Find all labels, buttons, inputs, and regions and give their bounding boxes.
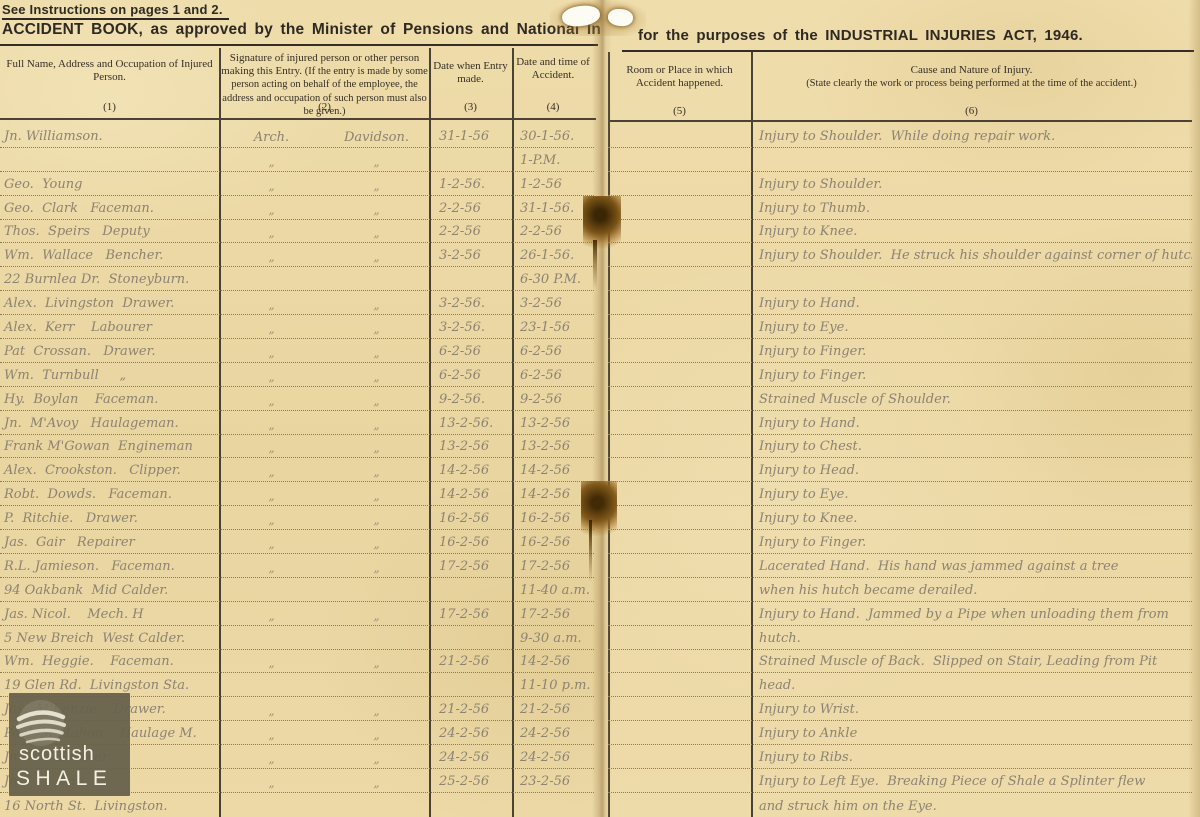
table-row: Injury to Left Eye. Breaking Piece of Sh… bbox=[608, 769, 1192, 793]
name-cell-text: 5 New Breich West Calder. bbox=[4, 631, 185, 646]
table-row: Injury to Knee. bbox=[608, 220, 1192, 244]
injury-cell-text: Injury to Hand. bbox=[759, 296, 860, 311]
entry-date-cell bbox=[429, 599, 512, 601]
name-cell-text: 22 Burnlea Dr. Stoneyburn. bbox=[4, 272, 189, 287]
injury-cell: Injury to Finger. bbox=[751, 342, 1192, 362]
name-cell: Wm. Wallace Bencher. bbox=[0, 246, 219, 266]
entry-date-cell: 24-2-56 bbox=[429, 724, 512, 744]
column-number-1: (1) bbox=[0, 101, 219, 113]
signature-mark: „ bbox=[324, 394, 429, 408]
place-cell bbox=[608, 790, 751, 792]
title-rule-left bbox=[0, 44, 598, 46]
name-cell: Alex. Crookston. Clipper. bbox=[0, 461, 219, 481]
signature-mark: „ bbox=[324, 226, 429, 240]
signature-mark: „ bbox=[219, 609, 324, 623]
name-cell-text: Thos. Speirs Deputy bbox=[4, 224, 150, 239]
accident-date-cell-text: 6-2-56 bbox=[520, 368, 562, 383]
signature-cell: „„ bbox=[219, 370, 429, 386]
table-row: Injury to Hand. bbox=[608, 291, 1192, 315]
injury-cell-text: Injury to Finger. bbox=[759, 368, 866, 383]
right-table-body: Injury to Shoulder. While doing repair w… bbox=[608, 124, 1192, 817]
signature-mark: „ bbox=[219, 728, 324, 742]
injury-cell-text: Injury to Shoulder. bbox=[759, 177, 882, 192]
signature-cell: „„ bbox=[219, 226, 429, 242]
torn-hole bbox=[607, 8, 633, 27]
accident-date-cell: 31-1-56. bbox=[512, 199, 594, 219]
accident-book-scan: See Instructions on pages 1 and 2. ACCID… bbox=[0, 0, 1200, 817]
entry-date-cell: 6-2-56 bbox=[429, 366, 512, 386]
entry-date-cell-text: 13-2-56 bbox=[439, 439, 489, 454]
name-cell-text: Wm. Turnbull „ bbox=[4, 368, 126, 383]
entry-date-cell-text: 3-2-56. bbox=[439, 296, 485, 311]
place-cell bbox=[608, 623, 751, 625]
signature-cell: „„ bbox=[219, 394, 429, 410]
table-row: Jas. Nicol. Mech. H„„17-2-5617-2-56 bbox=[0, 602, 594, 626]
injury-cell-text: Injury to Finger. bbox=[759, 344, 866, 359]
injury-cell: hutch. bbox=[751, 629, 1192, 649]
entry-date-cell bbox=[429, 169, 512, 171]
place-cell bbox=[608, 432, 751, 434]
entry-date-cell: 2-2-56 bbox=[429, 222, 512, 242]
place-cell bbox=[608, 384, 751, 386]
injury-cell-text: Lacerated Hand. His hand was jammed agai… bbox=[759, 559, 1118, 574]
ink-stain-streak bbox=[589, 520, 592, 582]
signature-mark: „ bbox=[324, 418, 429, 432]
entry-date-cell bbox=[429, 647, 512, 649]
name-cell: Jas. Gair Repairer bbox=[0, 533, 219, 553]
accident-date-cell: 24-2-56 bbox=[512, 748, 594, 768]
accident-date-cell: 3-2-56 bbox=[512, 294, 594, 314]
watermark-text-shale: SHALE bbox=[16, 767, 112, 791]
name-cell-text: Alex. Crookston. Clipper. bbox=[4, 463, 181, 478]
signature-mark: „ bbox=[324, 752, 429, 766]
name-cell: Jn. M'Avoy Haulageman. bbox=[0, 414, 219, 434]
name-cell-text: Geo. Young bbox=[4, 177, 82, 192]
torn-hole bbox=[561, 4, 601, 28]
entry-date-cell: 25-2-56 bbox=[429, 772, 512, 792]
injury-cell-text: Strained Muscle of Shoulder. bbox=[759, 392, 951, 407]
entry-date-cell-text: 6-2-56 bbox=[439, 368, 481, 383]
table-row: Alex. Crookston. Clipper.„„14-2-5614-2-5… bbox=[0, 458, 594, 482]
table-row: Injury to Wrist. bbox=[608, 697, 1192, 721]
name-cell: Jas. Nicol. Mech. H bbox=[0, 605, 219, 625]
entry-date-cell-text: 24-2-56 bbox=[439, 750, 489, 765]
name-cell: Hy. Boylan Faceman. bbox=[0, 390, 219, 410]
place-cell bbox=[608, 527, 751, 529]
entry-date-cell-text: 21-2-56 bbox=[439, 702, 489, 717]
name-cell: Wm. Turnbull „ bbox=[0, 366, 219, 386]
entry-date-cell: 13-2-56. bbox=[429, 414, 512, 434]
accident-date-cell: 1-P.M. bbox=[512, 151, 594, 171]
table-row: Injury to Eye. bbox=[608, 482, 1192, 506]
table-row: Injury to Finger. bbox=[608, 530, 1192, 554]
table-row: Injury to Ankle bbox=[608, 721, 1192, 745]
table-row: when his hutch became derailed. bbox=[608, 578, 1192, 602]
entry-date-cell-text: 16-2-56 bbox=[439, 511, 489, 526]
accident-date-cell-text: 6-30 P.M. bbox=[520, 272, 581, 287]
table-row: Alex. Kerr Labourer„„3-2-56.23-1-56 bbox=[0, 315, 594, 339]
injury-cell-text: Injury to Shoulder. While doing repair w… bbox=[759, 129, 1055, 144]
accident-date-cell-text: 21-2-56 bbox=[520, 702, 570, 717]
name-cell: Wm. Heggie. Faceman. bbox=[0, 652, 219, 672]
name-cell: Alex. Kerr Labourer bbox=[0, 318, 219, 338]
injury-cell-text: Strained Muscle of Back. Slipped on Stai… bbox=[759, 654, 1157, 669]
signature-mark: „ bbox=[219, 656, 324, 670]
injury-cell-text: Injury to Eye. bbox=[759, 320, 848, 335]
table-row: Wm. Turnbull „„„6-2-566-2-56 bbox=[0, 363, 594, 387]
table-row bbox=[608, 148, 1192, 172]
name-cell-text: Wm. Wallace Bencher. bbox=[4, 248, 163, 263]
place-cell bbox=[608, 193, 751, 195]
signature-cell: „„ bbox=[219, 513, 429, 529]
name-cell: P. Ritchie. Drawer. bbox=[0, 509, 219, 529]
table-row: Geo. Young„„1-2-56.1-2-56 bbox=[0, 172, 594, 196]
table-row: Frank M'Gowan Engineman„„13-2-5613-2-56 bbox=[0, 435, 594, 459]
injury-cell: Injury to Hand. bbox=[751, 294, 1192, 314]
accident-date-cell-text: 9-30 a.m. bbox=[520, 631, 582, 646]
name-cell-text: Jn. M'Avoy Haulageman. bbox=[4, 416, 179, 431]
name-cell-text: P. Ritchie. Drawer. bbox=[4, 511, 138, 526]
table-row: 5 New Breich West Calder.9-30 a.m. bbox=[0, 626, 594, 650]
entry-date-cell-text: 25-2-56 bbox=[439, 774, 489, 789]
signature-mark: „ bbox=[219, 226, 324, 240]
signature-mark: „ bbox=[324, 155, 429, 169]
name-cell: Jn. Williamson. bbox=[0, 127, 219, 147]
accident-date-cell: 6-2-56 bbox=[512, 342, 594, 362]
accident-date-cell-text: 31-1-56. bbox=[520, 201, 574, 216]
column-header-6-label: Cause and Nature of Injury. bbox=[911, 64, 1033, 76]
table-row: Jas. Gair Repairer„„16-2-5616-2-56 bbox=[0, 530, 594, 554]
entry-date-cell-text: 1-2-56. bbox=[439, 177, 485, 192]
injury-cell: Injury to Left Eye. Breaking Piece of Sh… bbox=[751, 772, 1192, 792]
table-row: Strained Muscle of Shoulder. bbox=[608, 387, 1192, 411]
table-row: Injury to Knee. bbox=[608, 506, 1192, 530]
signature-mark: „ bbox=[219, 346, 324, 360]
table-row: Alex. Livingston Drawer.„„3-2-56.3-2-56 bbox=[0, 291, 594, 315]
signature-mark: „ bbox=[219, 179, 324, 193]
place-cell bbox=[608, 670, 751, 672]
table-row: Injury to Thumb. bbox=[608, 196, 1192, 220]
shale-watermark: scottish SHALE bbox=[9, 693, 130, 796]
injury-cell-text: Injury to Wrist. bbox=[759, 702, 859, 717]
place-cell bbox=[608, 240, 751, 242]
accident-date-cell: 14-2-56 bbox=[512, 652, 594, 672]
place-cell bbox=[608, 288, 751, 290]
accident-date-cell-text: 16-2-56 bbox=[520, 511, 570, 526]
injury-cell: Lacerated Hand. His hand was jammed agai… bbox=[751, 557, 1192, 577]
injury-cell-text: Injury to Ankle bbox=[759, 726, 857, 741]
injury-cell: head. bbox=[751, 676, 1192, 696]
accident-book-title: ACCIDENT BOOK, as approved by the Minist… bbox=[2, 21, 602, 39]
signature-cell: „„ bbox=[219, 250, 429, 266]
name-cell: R.L. Jamieson. Faceman. bbox=[0, 557, 219, 577]
accident-date-cell: 17-2-56 bbox=[512, 605, 594, 625]
name-cell-text: Jas. Nicol. Mech. H bbox=[4, 607, 144, 622]
name-cell-text: Wm. Heggie. Faceman. bbox=[4, 654, 174, 669]
table-row: Injury to Hand. bbox=[608, 411, 1192, 435]
name-cell-text: Alex. Livingston Drawer. bbox=[4, 296, 174, 311]
injury-cell: Injury to Ankle bbox=[751, 724, 1192, 744]
entry-date-cell-text: 14-2-56 bbox=[439, 487, 489, 502]
signature-mark: Davidson. bbox=[324, 130, 429, 145]
instructions-note: See Instructions on pages 1 and 2. bbox=[2, 2, 229, 20]
signature-mark: „ bbox=[219, 155, 324, 169]
signature-mark: „ bbox=[219, 465, 324, 479]
injury-cell-text: Injury to Left Eye. Breaking Piece of Sh… bbox=[759, 774, 1145, 789]
signature-mark: „ bbox=[324, 203, 429, 217]
accident-date-cell: 24-2-56 bbox=[512, 724, 594, 744]
entry-date-cell: 9-2-56. bbox=[429, 390, 512, 410]
entry-date-cell: 17-2-56 bbox=[429, 605, 512, 625]
injury-cell: Injury to Eye. bbox=[751, 485, 1192, 505]
table-row: Injury to Head. bbox=[608, 458, 1192, 482]
place-cell bbox=[608, 455, 751, 457]
accident-date-cell-text: 14-2-56 bbox=[520, 487, 570, 502]
signature-cell: „„ bbox=[219, 561, 429, 577]
signature-cell: „„ bbox=[219, 465, 429, 481]
signature-mark: „ bbox=[324, 656, 429, 670]
signature-mark: „ bbox=[324, 513, 429, 527]
accident-date-cell-text: 14-2-56 bbox=[520, 463, 570, 478]
name-cell bbox=[0, 169, 219, 171]
signature-mark: „ bbox=[219, 250, 324, 264]
entry-date-cell-text: 24-2-56 bbox=[439, 726, 489, 741]
name-cell-text: Jas. Gair Repairer bbox=[4, 535, 135, 550]
entry-date-cell-text: 9-2-56. bbox=[439, 392, 485, 407]
injury-cell-text: Injury to Ribs. bbox=[759, 750, 853, 765]
injury-cell-text: Injury to Hand. Jammed by a Pipe when un… bbox=[759, 607, 1169, 622]
injury-cell-text: Injury to Eye. bbox=[759, 487, 848, 502]
entry-date-cell-text: 17-2-56 bbox=[439, 607, 489, 622]
signature-cell: „„ bbox=[219, 752, 429, 768]
injury-cell-text: Injury to Knee. bbox=[759, 511, 857, 526]
table-row: Hy. Boylan Faceman.„„9-2-56.9-2-56 bbox=[0, 387, 594, 411]
accident-date-cell: 11-40 a.m. bbox=[512, 581, 594, 601]
accident-date-cell: 30-1-56. bbox=[512, 127, 594, 147]
signature-mark: „ bbox=[219, 752, 324, 766]
place-cell bbox=[608, 145, 751, 147]
place-cell bbox=[608, 217, 751, 219]
table-row: Geo. Clark Faceman.„„2-2-5631-1-56. bbox=[0, 196, 594, 220]
place-cell bbox=[608, 718, 751, 720]
entry-date-cell-text: 2-2-56 bbox=[439, 201, 481, 216]
injury-cell-text: Injury to Finger. bbox=[759, 535, 866, 550]
entry-date-cell bbox=[429, 694, 512, 696]
entry-date-cell-text: 17-2-56 bbox=[439, 559, 489, 574]
signature-mark: „ bbox=[219, 418, 324, 432]
table-row: Jn. Williamson.Arch.Davidson.31-1-5630-1… bbox=[0, 124, 594, 148]
signature-cell bbox=[219, 694, 429, 696]
ink-stain-streak bbox=[593, 240, 597, 288]
signature-cell: „„ bbox=[219, 609, 429, 625]
signature-cell bbox=[219, 647, 429, 649]
injury-cell: Strained Muscle of Back. Slipped on Stai… bbox=[751, 652, 1192, 672]
signature-mark: „ bbox=[324, 298, 429, 312]
signature-cell: „„ bbox=[219, 537, 429, 553]
entry-date-cell: 3-2-56 bbox=[429, 246, 512, 266]
place-cell bbox=[608, 742, 751, 744]
injury-cell: Injury to Shoulder. bbox=[751, 175, 1192, 195]
table-row: 22 Burnlea Dr. Stoneyburn.6-30 P.M. bbox=[0, 267, 594, 291]
signature-mark: „ bbox=[324, 776, 429, 790]
signature-cell: „„ bbox=[219, 179, 429, 195]
name-cell-text: 94 Oakbank Mid Calder. bbox=[4, 583, 168, 598]
signature-mark: „ bbox=[219, 537, 324, 551]
entry-date-cell: 24-2-56 bbox=[429, 748, 512, 768]
accident-date-cell: 9-30 a.m. bbox=[512, 629, 594, 649]
accident-date-cell-text: 13-2-56 bbox=[520, 416, 570, 431]
signature-cell: „„ bbox=[219, 322, 429, 338]
entry-date-cell: 13-2-56 bbox=[429, 437, 512, 457]
accident-date-cell: 1-2-56 bbox=[512, 175, 594, 195]
table-row: Jn. M'Avoy Haulageman.„„13-2-56.13-2-56 bbox=[0, 411, 594, 435]
injury-cell-text: hutch. bbox=[759, 631, 801, 646]
signature-cell: „„ bbox=[219, 418, 429, 434]
table-row: Wm. Wallace Bencher.„„3-2-5626-1-56. bbox=[0, 243, 594, 267]
injury-cell: Injury to Shoulder. While doing repair w… bbox=[751, 127, 1192, 147]
place-cell bbox=[608, 694, 751, 696]
name-cell-text: Geo. Clark Faceman. bbox=[4, 201, 154, 216]
signature-mark: „ bbox=[219, 394, 324, 408]
table-row: Injury to Chest. bbox=[608, 435, 1192, 459]
table-row: Wm. Heggie. Faceman.„„21-2-5614-2-56 bbox=[0, 650, 594, 674]
table-row: „„1-P.M. bbox=[0, 148, 594, 172]
globe-icon bbox=[15, 698, 67, 748]
injury-cell: and struck him on the Eye. bbox=[751, 797, 1192, 817]
table-row: Lacerated Hand. His hand was jammed agai… bbox=[608, 554, 1192, 578]
accident-date-cell: 13-2-56 bbox=[512, 414, 594, 434]
accident-date-cell-text: 13-2-56 bbox=[520, 439, 570, 454]
column-header-6: Cause and Nature of Injury. (State clear… bbox=[751, 64, 1192, 90]
name-cell: Geo. Clark Faceman. bbox=[0, 199, 219, 219]
signature-cell: „„ bbox=[219, 346, 429, 362]
injury-cell bbox=[751, 169, 1192, 171]
table-row: hutch. bbox=[608, 626, 1192, 650]
name-cell: Thos. Speirs Deputy bbox=[0, 222, 219, 242]
column-header-3: Date when Entry made. bbox=[429, 60, 512, 86]
signature-mark: „ bbox=[219, 776, 324, 790]
accident-date-cell: 11-10 p.m. bbox=[512, 676, 594, 696]
injury-cell bbox=[751, 288, 1192, 290]
signature-mark: „ bbox=[219, 298, 324, 312]
column-header-5: Room or Place in which Accident happened… bbox=[608, 64, 751, 90]
ink-stain bbox=[581, 481, 617, 543]
name-cell: Pat Crossan. Drawer. bbox=[0, 342, 219, 362]
accident-date-cell-text: 11-10 p.m. bbox=[520, 678, 591, 693]
column-number-6: (6) bbox=[751, 105, 1192, 117]
accident-date-cell-text: 1-2-56 bbox=[520, 177, 562, 192]
name-cell-text: 19 Glen Rd. Livingston Sta. bbox=[4, 678, 189, 693]
signature-cell: „„ bbox=[219, 656, 429, 672]
place-cell bbox=[608, 599, 751, 601]
injury-cell-text: Injury to Hand. bbox=[759, 416, 860, 431]
name-cell-text: Hy. Boylan Faceman. bbox=[4, 392, 158, 407]
place-cell bbox=[608, 169, 751, 171]
accident-date-cell: 9-2-56 bbox=[512, 390, 594, 410]
name-cell: 22 Burnlea Dr. Stoneyburn. bbox=[0, 270, 219, 290]
accident-date-cell-text: 23-1-56 bbox=[520, 320, 570, 335]
table-row: 16 North St. Livingston. bbox=[0, 793, 594, 817]
name-cell: 94 Oakbank Mid Calder. bbox=[0, 581, 219, 601]
entry-date-cell: 14-2-56 bbox=[429, 461, 512, 481]
name-cell-text: Frank M'Gowan Engineman bbox=[4, 439, 193, 454]
signature-mark: „ bbox=[324, 370, 429, 384]
accident-date-cell-text: 30-1-56. bbox=[520, 129, 574, 144]
table-row: P. Ritchie. Drawer.„„16-2-5616-2-56 bbox=[0, 506, 594, 530]
table-row: Injury to Finger. bbox=[608, 339, 1192, 363]
signature-mark: „ bbox=[219, 561, 324, 575]
signature-mark: „ bbox=[324, 346, 429, 360]
table-row: Injury to Hand. Jammed by a Pipe when un… bbox=[608, 602, 1192, 626]
entry-date-cell: 21-2-56 bbox=[429, 652, 512, 672]
injury-cell-text: Injury to Knee. bbox=[759, 224, 857, 239]
name-cell-text: Robt. Dowds. Faceman. bbox=[4, 487, 172, 502]
table-row: Injury to Eye. bbox=[608, 315, 1192, 339]
table-row: Pat Crossan. Drawer.„„6-2-566-2-56 bbox=[0, 339, 594, 363]
signature-mark: „ bbox=[324, 537, 429, 551]
table-row: Strained Muscle of Back. Slipped on Stai… bbox=[608, 650, 1192, 674]
ink-stain bbox=[583, 196, 621, 256]
accident-date-cell: 13-2-56 bbox=[512, 437, 594, 457]
act-title: for the purposes of the INDUSTRIAL INJUR… bbox=[638, 27, 1083, 44]
accident-date-cell-text: 6-2-56 bbox=[520, 344, 562, 359]
entry-date-cell: 21-2-56 bbox=[429, 700, 512, 720]
place-cell bbox=[608, 336, 751, 338]
signature-mark: „ bbox=[324, 465, 429, 479]
signature-mark: Arch. bbox=[219, 130, 324, 145]
torn-binder-holes bbox=[550, 0, 646, 36]
place-cell bbox=[608, 264, 751, 266]
header-bottom-rule bbox=[608, 120, 1192, 122]
signature-mark: „ bbox=[219, 203, 324, 217]
signature-mark: „ bbox=[324, 704, 429, 718]
column-number-2: (2) bbox=[221, 101, 428, 113]
place-cell bbox=[608, 551, 751, 553]
table-row: Injury to Shoulder. He struck his should… bbox=[608, 243, 1192, 267]
table-row: Thos. Speirs Deputy„„2-2-562-2-56 bbox=[0, 220, 594, 244]
signature-mark: „ bbox=[219, 441, 324, 455]
injury-cell: Injury to Wrist. bbox=[751, 700, 1192, 720]
accident-date-cell-text: 24-2-56 bbox=[520, 750, 570, 765]
entry-date-cell-text: 3-2-56. bbox=[439, 320, 485, 335]
accident-date-cell-text: 23-2-56 bbox=[520, 774, 570, 789]
signature-cell: „„ bbox=[219, 704, 429, 720]
entry-date-cell: 16-2-56 bbox=[429, 509, 512, 529]
name-cell: 16 North St. Livingston. bbox=[0, 797, 219, 817]
right-page: for the purposes of the INDUSTRIAL INJUR… bbox=[602, 0, 1200, 817]
table-row: Injury to Finger. bbox=[608, 363, 1192, 387]
table-row: Injury to Shoulder. While doing repair w… bbox=[608, 124, 1192, 148]
place-cell bbox=[608, 360, 751, 362]
accident-date-cell: 21-2-56 bbox=[512, 700, 594, 720]
table-row: Injury to Ribs. bbox=[608, 745, 1192, 769]
name-cell-text: 16 North St. Livingston. bbox=[4, 799, 168, 814]
name-cell-text: Jn. Williamson. bbox=[4, 129, 103, 144]
header-bottom-rule bbox=[0, 118, 596, 120]
accident-date-cell-text: 3-2-56 bbox=[520, 296, 562, 311]
entry-date-cell-text: 3-2-56 bbox=[439, 248, 481, 263]
accident-date-cell-text: 24-2-56 bbox=[520, 726, 570, 741]
signature-mark: „ bbox=[324, 728, 429, 742]
signature-cell: „„ bbox=[219, 728, 429, 744]
signature-mark: „ bbox=[324, 441, 429, 455]
column-number-3: (3) bbox=[429, 101, 512, 113]
entry-date-cell-text: 13-2-56. bbox=[439, 416, 493, 431]
name-cell: Alex. Livingston Drawer. bbox=[0, 294, 219, 314]
entry-date-cell: 31-1-56 bbox=[429, 127, 512, 147]
signature-cell: Arch.Davidson. bbox=[219, 130, 429, 147]
entry-date-cell-text: 14-2-56 bbox=[439, 463, 489, 478]
